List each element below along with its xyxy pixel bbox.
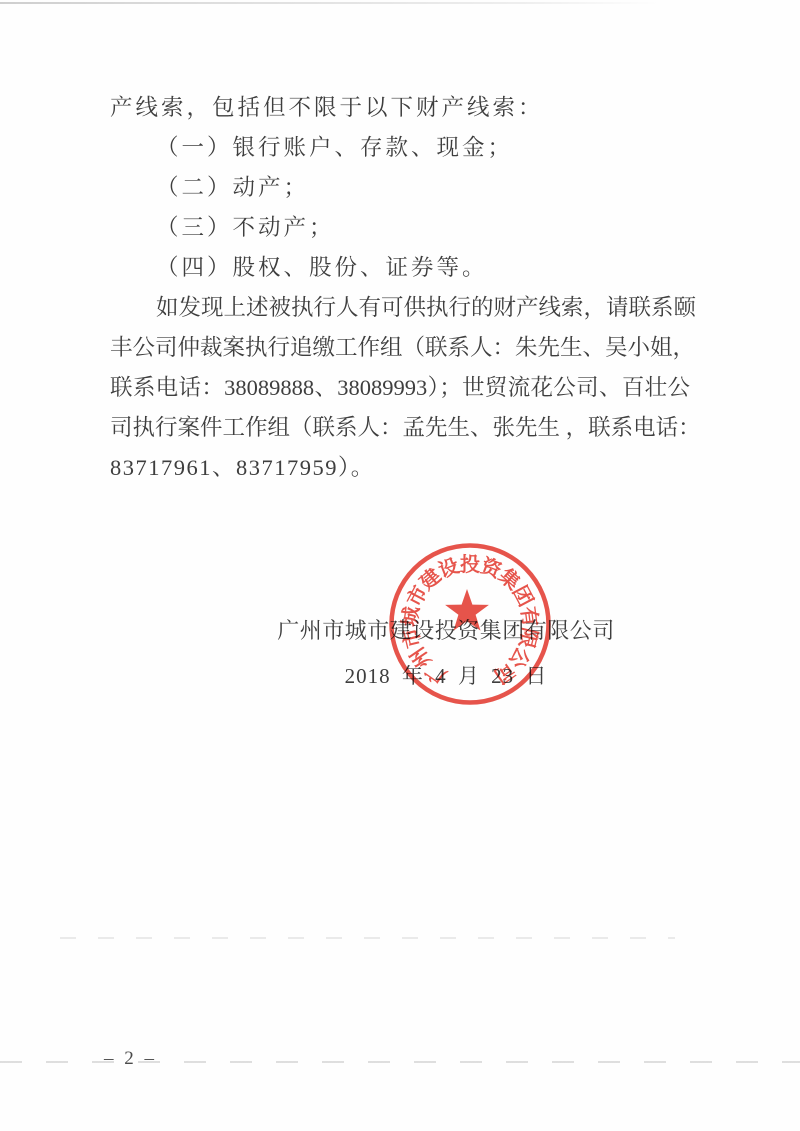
body-text: 产线索，包括但不限于以下财产线索： （一）银行账户、存款、现金； （二）动产； … <box>110 88 690 488</box>
seal-character: 有 <box>516 605 542 628</box>
paragraph-line: 联系电话：38089888、38089993）；世贸流花公司、百壮公 <box>110 368 690 408</box>
paragraph-line: 司执行案件工作组（联系人：孟先生、张先生 ，联系电话： <box>110 408 690 448</box>
list-item-2: （二）动产； <box>110 168 690 208</box>
intro-line: 产线索，包括但不限于以下财产线索： <box>110 88 690 128</box>
document-page: 产线索，包括但不限于以下财产线索： （一）银行账户、存款、现金； （二）动产； … <box>0 0 800 1131</box>
list-item-4: （四）股权、股份、证券等。 <box>110 248 690 288</box>
list-item-1: （一）银行账户、存款、现金； <box>110 128 690 168</box>
company-seal: 广州市城市建设投资集团有限公司 <box>368 518 572 730</box>
paragraph-line: 83717961、83717959）。 <box>110 448 690 488</box>
paragraph-line: 丰公司仲裁案执行追缴工作组（联系人：朱先生、吴小姐， <box>110 328 690 368</box>
page-number: – 2 – <box>104 1046 157 1072</box>
seal-character: 投 <box>460 552 480 576</box>
seal-character: 市 <box>398 626 426 651</box>
scan-artifact-top-edge <box>0 2 660 4</box>
paragraph-line: 如发现上述被执行人有可供执行的财产线索，请联系颐 <box>110 288 690 328</box>
list-item-3: （三）不动产； <box>110 208 690 248</box>
scan-artifact-smudge <box>60 937 675 939</box>
red-star-icon <box>445 589 489 631</box>
